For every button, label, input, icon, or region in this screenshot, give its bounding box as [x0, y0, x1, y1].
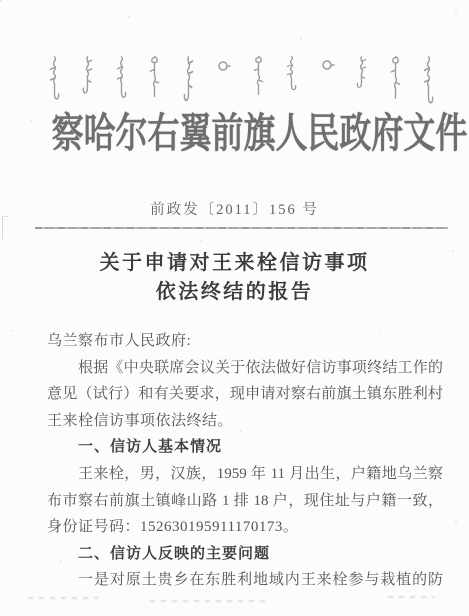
mongolian-script-glyph	[252, 56, 265, 96]
scan-smudge	[28, 597, 98, 599]
scan-noise-speckles	[0, 0, 2, 2]
mongolian-script-glyph	[389, 56, 402, 100]
scan-edge-mark	[2, 216, 8, 239]
document-title-line1: 关于申请对王来栓信访事项	[0, 249, 469, 278]
body-line: 布市察右前旗土镇峰山路 1 排 18 户，现住址与户籍一致，	[47, 488, 443, 515]
document-title-line2: 依法终结的报告	[0, 278, 469, 307]
masthead-divider-rule	[35, 227, 448, 229]
mongolian-script-glyph	[148, 56, 161, 98]
scan-smudge	[388, 596, 434, 598]
mongolian-script-glyph	[319, 59, 335, 71]
mongolian-script-glyph	[422, 56, 435, 106]
body-line: 王来栓信访事项依法终结。	[47, 408, 443, 435]
section-heading: 二、信访人反映的主要问题	[47, 541, 443, 568]
scanned-government-document: 察哈尔右翼前旗人民政府文件 前政发〔2011〕156 号 关于申请对王来栓信访事…	[0, 0, 469, 616]
mongolian-script-glyph	[182, 56, 195, 104]
salutation-line: 乌兰察布市人民政府:	[47, 328, 443, 355]
document-number: 前政发〔2011〕156 号	[0, 198, 469, 219]
mongolian-script-glyph	[81, 56, 94, 96]
body-line: 根据《中央联席会议关于依法做好信访事项终结工作的	[47, 355, 443, 382]
mongolian-script-glyph	[48, 56, 61, 102]
body-line: 一是对原土贵乡在东胜利地域内王来栓参与栽植的防	[47, 567, 443, 594]
government-masthead-title: 察哈尔右翼前旗人民政府文件	[52, 100, 418, 159]
body-line: 身份证号码：152630195911170173。	[47, 514, 443, 541]
mongolian-script-glyph	[215, 60, 231, 72]
body-line: 意见（试行）和有关要求，现申请对察右前旗土镇东胜利村	[47, 381, 443, 408]
document-title: 关于申请对王来栓信访事项 依法终结的报告	[0, 249, 469, 307]
mongolian-script-glyph	[355, 56, 368, 90]
mongolian-script-glyph	[115, 56, 128, 100]
section-heading: 一、信访人基本情况	[47, 434, 443, 461]
body-line: 王来栓，男，汉族，1959 年 11 月出生，户籍地乌兰察	[47, 461, 443, 488]
document-body: 乌兰察布市人民政府: 根据《中央联席会议关于依法做好信访事项终结工作的 意见（试…	[47, 328, 443, 594]
mongolian-script-glyph	[285, 56, 298, 92]
scan-smudge	[150, 600, 265, 602]
